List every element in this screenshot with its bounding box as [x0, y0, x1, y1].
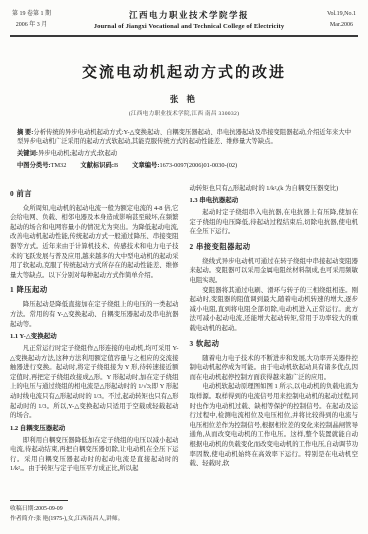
abstract: 摘 要:分析传统的异步电动机起动方式:Y-△变换起动、自耦变压器起动、串电抗器起… — [17, 128, 351, 148]
vol-no-en: Vol.19,No.1 — [327, 9, 356, 20]
keywords-line: 关键词:异步电动机;起动方式;软起动 — [17, 149, 351, 159]
clc-value: TM32 — [51, 162, 67, 169]
body-paragraph: 起动时定子绕组串入电抗器,在电抗器上有压降,使加在定子绕组的电压降低,待起动过程… — [190, 208, 359, 237]
sub-heading-1-2: 1.2 自耦变压器起动 — [10, 424, 179, 434]
doc-code-label: 文献标识码: — [80, 162, 114, 169]
author-affiliation: (江西电力职业技术学院,江西 南昌 330032) — [10, 109, 358, 117]
left-column: 0 前言 众所周知,电动机的起动电流一般为额定电流的 4-8 倍,它会给电网、负… — [10, 184, 179, 474]
header-center: 江西电力职业技术学院学报 Journal of Jiangxi Vocation… — [51, 9, 327, 30]
footnote-rule — [10, 500, 68, 501]
section-heading-0: 0 前言 — [10, 189, 179, 200]
header-left: 第 19 卷第 1 期 2006 年 3 月 — [12, 9, 51, 31]
keywords-text: 异步电动机;起动方式;软起动 — [38, 150, 117, 157]
clc-label: 中图分类号: — [17, 162, 51, 169]
bio-label: 作者简介: — [10, 516, 35, 522]
date-cn: 2006 年 3 月 — [12, 20, 51, 31]
article-id-label: 文章编号: — [132, 162, 159, 169]
journal-header: 第 19 卷第 1 期 2006 年 3 月 江西电力职业技术学院学报 Jour… — [10, 8, 358, 37]
keywords-label: 关键词: — [17, 150, 38, 157]
abstract-label: 摘 要: — [17, 129, 33, 136]
article-meta: 摘 要:分析传统的异步电动机起动方式:Y-△变换起动、自耦变压器起动、串电抗器起… — [10, 128, 358, 171]
section-heading-1: 1 降压起动 — [10, 285, 179, 296]
right-column: 动转矩也只有△形起动时的 1/k²ₐ(k 为自耦变压器变比) 1.3 串电抗器起… — [190, 184, 359, 474]
section-heading-2: 2 串接变阻器起动 — [190, 242, 359, 253]
doc-code-value: B — [114, 162, 118, 169]
body-paragraph: 电动机软起动原理图如图 1 所示,以电动机的负载电流为取样源。取样得到的电流信号… — [190, 382, 359, 468]
journal-title-cn: 江西电力职业技术学院学报 — [55, 9, 323, 21]
sub-heading-1-1: 1.1 Y-△变换起动 — [10, 332, 179, 342]
author-bio-line: 作者简介:张 艳(1975-),女,江西南昌人,讲师。 — [10, 514, 186, 525]
sub-heading-1-3: 1.3 串电抗器起动 — [190, 196, 359, 206]
header-right: Vol.19,No.1 Mar.2006 — [327, 9, 356, 31]
body-paragraph: 随着电力电子技术的不断进步和发展,大功率开关器件控制电动机起停成为可能。由于电动… — [190, 354, 359, 383]
received-date: 2005-09-09 — [35, 506, 63, 512]
paper-page: 第 19 卷第 1 期 2006 年 3 月 江西电力职业技术学院学报 Jour… — [0, 0, 368, 534]
body-paragraph: 变阻器将其通过电刷、滑环与转子的三相绕组相连。刚起动时,变阻器的阻值调到最大,随… — [190, 286, 359, 334]
volume-issue: 第 19 卷第 1 期 — [12, 9, 51, 20]
continuation-paragraph: 动转矩也只有△形起动时的 1/k²ₐ(k 为自耦变压器变比) — [190, 184, 359, 194]
body-columns: 0 前言 众所周知,电动机的起动电流一般为额定电流的 4-8 倍,它会给电网、负… — [10, 184, 358, 474]
body-paragraph: 凡正常运行时定子绕组作△形连接的电动机,均可采用 Y-△变换起动方法,这种方法利… — [10, 344, 179, 421]
body-paragraph: 降压起动是降低直接加在定子绕组上的电压的一类起动方法。常用的有 Y-△变换起动、… — [10, 300, 179, 329]
classification-line: 中图分类号:TM32文献标识码:B文章编号:1673-0097(2006)01-… — [17, 161, 351, 171]
bio-text: 张 艳(1975-),女,江西南昌人,讲师。 — [35, 516, 123, 522]
received-date-line: 收稿日期:2005-09-09 — [10, 504, 186, 515]
section-heading-3: 3 软起动 — [190, 339, 359, 350]
date-en: Mar.2006 — [327, 20, 356, 31]
author-name: 张 艳 — [10, 93, 358, 105]
article-title: 交流电动机起动方式的改进 — [10, 61, 358, 82]
body-paragraph: 众所周知,电动机的起动电流一般为额定电流的 4-8 倍,它会给电网、负载、相邻电… — [10, 204, 179, 281]
journal-title-en: Journal of Jiangxi Vocational and Techni… — [55, 23, 323, 30]
received-label: 收稿日期: — [10, 506, 35, 512]
footnote: 收稿日期:2005-09-09 作者简介:张 艳(1975-),女,江西南昌人,… — [10, 500, 186, 525]
body-paragraph: 绕线式异步电动机可通过在转子绕组中串接起动变阻器来起动。变阻器可以采用金属电阻丝… — [190, 257, 359, 286]
article-id-value: 1673-0097(2006)01-0030-(02) — [159, 162, 237, 169]
body-paragraph: 即利用自耦变压器降低加在定子绕组的电压以减小起动电流,待起动结束,再把自耦变压器… — [10, 436, 179, 474]
abstract-text: 分析传统的异步电动机起动方式:Y-△变换起动、自耦变压器起动、串电抗器起动及串接… — [17, 129, 351, 146]
